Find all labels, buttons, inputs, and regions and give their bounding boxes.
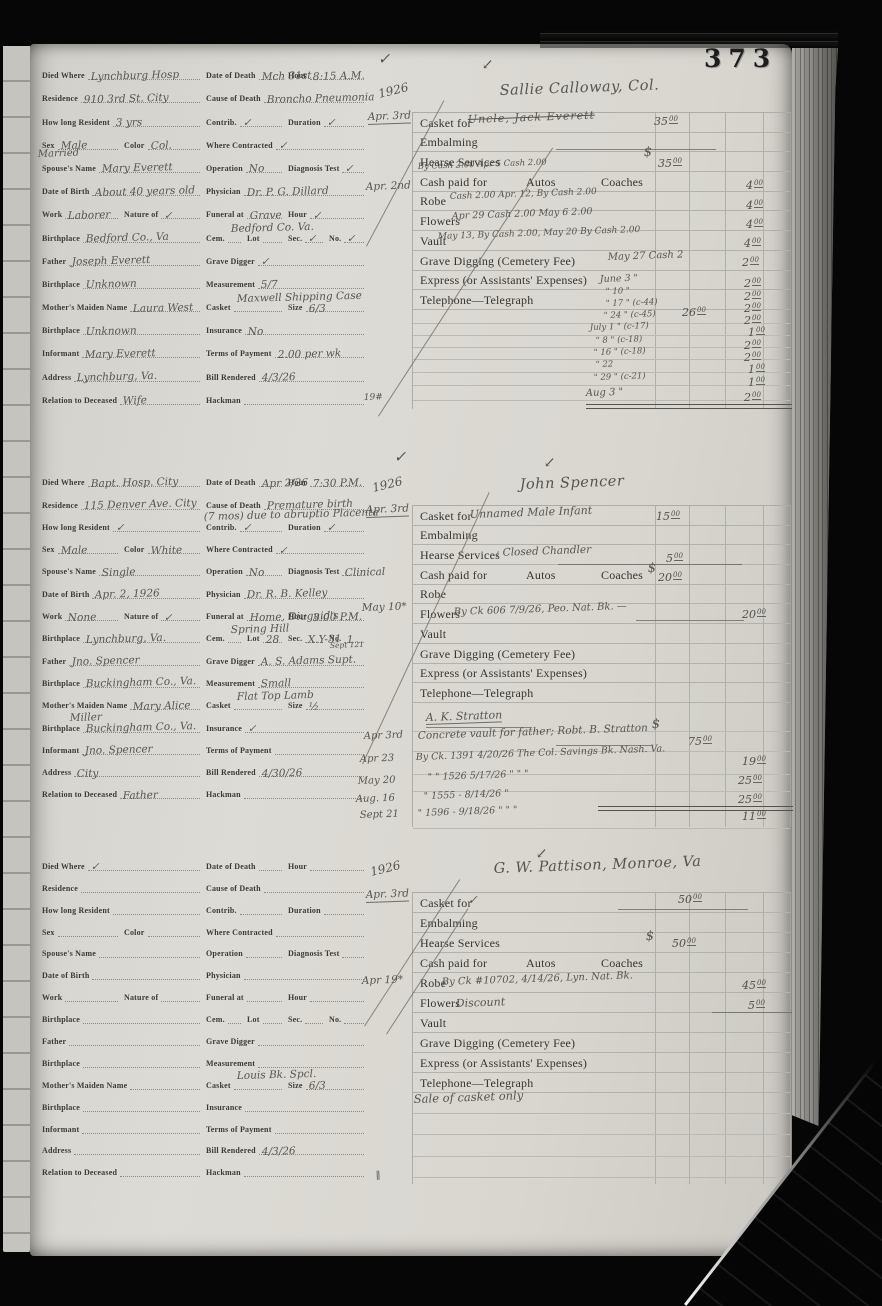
dotted-rule: Lynchburg, Va. [74,370,200,382]
pen-line [426,727,532,728]
form-field: PhysicianDr. R. B. Kelley [206,587,364,599]
billing-row: Vault [413,231,790,251]
form-field-label: Relation to Deceased [42,397,120,405]
form-row: Date of DeathMch 31stHour8:15 A.M. [206,62,364,85]
form-field-label: Sex [42,929,58,937]
amount-dollars: 5 [666,552,673,565]
handwritten-value: Flat Top Lamb [236,690,313,703]
billing-row: Cash paid forAutosCoaches [413,953,790,973]
form-field: Grave Digger✓ [206,254,364,266]
handwritten-value: Dr. P. G. Dillard [246,185,328,198]
dotted-rule: No [245,323,364,335]
form-row: BirthplaceBedford Co., Va [42,224,200,247]
record-year: 1926 [371,475,404,494]
dotted-rule: Spring Hill [228,631,241,643]
form-row: Bill Rendered4/3/26 [206,1139,364,1161]
dotted-rule [69,1034,200,1046]
dotted-rule: White [148,542,200,554]
billing-line-label: Flowers [420,215,460,227]
form-field-label: Hackman [206,791,244,799]
form-field: Date of BirthAbout 40 years old [42,184,200,196]
amount-value: 200 [744,311,761,327]
dotted-rule [99,946,200,958]
billing-line-label: Autos [526,176,556,188]
amount-value: 4500 [742,976,766,992]
form-row: Residence115 Denver Ave. City [42,492,200,514]
form-row: Cause of DeathBroncho Pneumonia [206,85,364,108]
form-row: Relation to DeceasedFather [42,782,200,804]
ruled-line [413,791,790,792]
form-field-label: Size [288,1082,306,1090]
amount-value: 2500 [738,771,762,787]
amount-dollars: 25 [738,793,752,806]
billing-line-label: Autos [526,569,556,581]
dotted-rule: Bedford Co. Va. [228,231,241,243]
form-field: WorkLaborer [42,207,118,219]
amount-dollars: 20 [658,571,672,584]
book-cradle [672,1006,882,1306]
form-field: Cause of DeathBroncho Pneumonia [206,91,364,103]
dotted-rule: 6/3 [306,300,364,312]
billing-line-label: Cash paid for [420,957,487,969]
form-field: Duration [288,903,364,915]
dotted-rule [305,1012,323,1024]
amount-value: 200 [744,336,761,352]
pen-stroke [364,879,460,1026]
form-field-label: Casket [206,304,234,312]
handwritten-value: Lynchburg, Va. [77,371,157,384]
form-column-middle: Date of DeathApr 2/26Hour7:30 P.M.Cause … [206,470,364,804]
dotted-rule: Maxwell Shipping Case [234,300,282,312]
form-row: Birthplace [42,1051,200,1073]
billing-row: Casket for [413,506,790,526]
dotted-rule [259,859,282,871]
amount-dollars: 2 [744,391,751,404]
handwritten-value: ✓ [242,118,251,129]
billing-line-label: Express (or Assistants' Expenses) [420,1057,587,1069]
form-row: Residence [42,876,200,898]
form-row: Physician [206,963,364,985]
form-row: Address [42,1139,200,1161]
form-row: Mother's Maiden NameMary AliceMiller [42,693,200,715]
form-row: WorkLaborerNature of✓ [42,201,200,224]
ruled-line [413,347,790,348]
handwritten-value: ✓ [326,118,335,129]
dotted-rule: Home, Diuguid's [247,609,282,621]
form-field-label: Diagnosis Test [288,165,342,173]
form-field: CasketMaxwell Shipping Case [206,300,282,312]
form-field: Died Where✓ [42,859,200,871]
dotted-rule: Jno. Spencer [69,654,200,666]
handwritten-note: May 27 Cash 2 [608,250,684,263]
amount-dollars: 19 [742,755,756,768]
dotted-rule [263,1012,282,1024]
form-field-label: Bill Rendered [206,1147,259,1155]
handwritten-value: ✓ [164,612,173,623]
form-field: Mother's Maiden NameMary AliceMiller [42,698,200,710]
form-row: Measurement [206,1051,364,1073]
form-field: Nature of [124,990,200,1002]
form-field-label: Duration [288,119,324,127]
form-field-label: Date of Death [206,479,259,487]
amount-value: 5000 [672,934,696,950]
form-field-label: How long Resident [42,524,113,532]
handwritten-value: ½ [308,702,318,713]
handwritten-value: Lynchburg, Va. [86,633,166,646]
form-field-label: Measurement [206,680,258,688]
ledger-photo: 373 Died WhereLynchburg HospResidence910… [0,0,882,1306]
form-field: Residence115 Denver Ave. City [42,498,200,510]
handwritten-note: " 29 " (c-21) [594,372,646,382]
amount-dollars: 4 [744,237,751,250]
form-row: InformantJno. Spencer [42,738,200,760]
form-field-label: Funeral at [206,613,247,621]
dotted-rule [310,990,364,1002]
dotted-rule: 8:15 A.M. [310,68,364,80]
form-field: Hackman [206,1165,364,1177]
form-field-label: Spouse's Name [42,165,99,173]
dotted-rule [83,1100,200,1112]
form-field-label: Birthplace [42,1060,83,1068]
form-field: Date of BirthApr. 2, 1926 [42,587,200,599]
dotted-rule: Col. [148,138,200,150]
form-row: CasketFlat Top LambSize½ [206,693,364,715]
dotted-rule: Unknown [83,277,200,289]
billing-row: Express (or Assistants' Expenses) [413,664,790,684]
amount-value: 500 [666,549,683,565]
handwritten-value: White [150,545,182,556]
dotted-rule: 1 [344,631,364,643]
handwritten-note: ↙ [536,847,548,861]
form-row: Terms of Payment [206,738,364,760]
pen-stroke [366,100,444,246]
dotted-rule: Bapt. Hosp. City [88,475,200,487]
form-field-label: Lot [247,1016,263,1024]
form-field: OperationNo [206,564,282,576]
dotted-rule: Mary Everett [82,346,200,358]
handwritten-note: " 22 [596,360,614,369]
handwritten-value: Jno. Spencer [72,655,140,667]
handwritten-value: Mary Everett [102,163,173,175]
form-field-label: Hour [288,72,310,80]
form-row: SexColor [42,920,200,942]
billing-row: Robe [413,973,790,993]
amount-value: 200 [742,253,759,269]
record-name: G. W. Pattison, Monroe, Va [493,855,701,877]
handwritten-value: 4/30/26 [262,768,303,780]
amount-dollars: 4 [746,218,753,231]
handwritten-value: 5/7 [261,280,278,291]
form-row: Died WhereBapt. Hosp. City [42,470,200,492]
form-field-label: Birthplace [42,635,83,643]
form-field: Terms of Payment2.00 per wk [206,346,364,358]
ruled-line [413,385,790,386]
amount-value: 1900 [742,752,766,768]
form-field-label: Mother's Maiden Name [42,702,130,710]
form-field-label: Cem. [206,235,228,243]
amount-value: 2000 [742,605,766,621]
form-field: How long Resident [42,903,200,915]
dotted-rule: 115 Denver Ave. City [81,498,200,510]
form-field: Mother's Maiden Name [42,1078,200,1090]
billing-row: Cash paid forAutosCoaches [413,565,790,585]
handwritten-note: Unnamed Male Infant [470,505,593,520]
form-row: Father [42,1029,200,1051]
dotted-rule: ✓ [240,520,282,532]
handwritten-value: Bapt. Hosp. City [91,477,179,490]
form-field: Cause of Death [206,881,364,893]
pen-double-rule [598,806,793,811]
billing-row: Grave Digging (Cemetery Fee) [413,644,790,664]
form-row: Residence910 3rd St. City [42,85,200,108]
form-field-label: Measurement [206,1060,258,1068]
form-row: CasketLouis Bk. Spcl.Size6/3 [206,1073,364,1095]
handwritten-note: Discount [456,996,506,1009]
amount-value: 200 [744,299,761,315]
ruled-line [413,335,790,336]
dotted-rule [258,1056,364,1068]
amount-cents: 00 [754,199,763,208]
form-field-label: Relation to Deceased [42,1169,120,1177]
dotted-rule: ✓ [305,231,323,243]
form-field-label: Work [42,613,65,621]
form-field: Diagnosis Test✓ [288,161,364,173]
form-field-label: Contrib. [206,907,240,915]
form-field: Nature of✓ [124,609,200,621]
handwritten-note: ; Closed Chandler [496,545,592,559]
billing-row: Casket for [413,113,790,133]
dotted-rule [82,1122,200,1134]
margin-date: Apr 19* [362,975,404,987]
dotted-rule [310,859,364,871]
table-rule [763,506,764,827]
form-row: InsuranceNo [206,317,364,340]
handwritten-note: ✓ [468,894,478,906]
amount-cents: 00 [752,302,761,311]
dotted-rule [263,231,282,243]
form-field-label: Grave Digger [206,1038,258,1046]
dotted-rule: ✓ [88,859,200,871]
dotted-rule [74,1143,200,1155]
handwritten-value: Col. [150,141,171,152]
form-row: Bill Rendered4/30/26 [206,760,364,782]
form-row: Cem.LotSec.No. [206,1007,364,1029]
form-row: Terms of Payment2.00 per wk [206,340,364,363]
form-row: Hackman [206,782,364,804]
amount-value: 2000 [658,568,682,584]
form-field: Hackman [206,393,364,405]
record-year: 1926 [369,859,402,878]
form-field-label: Funeral at [206,211,247,219]
form-row: Where Contracted [206,920,364,942]
form-row: PhysicianDr. R. B. Kelley [206,581,364,603]
form-field-label: Birthplace [42,1104,83,1112]
dotted-rule [258,1034,364,1046]
amount-dollars: 35 [654,115,668,128]
dotted-rule [275,743,364,755]
form-field: Insurance✓ [206,721,364,733]
handwritten-value: Mary Everett [85,348,156,360]
handwritten-value: No [248,326,264,337]
handwritten-value: Unknown [86,325,137,337]
billing-line-label: Cash paid for [420,176,487,188]
form-column-left: Died WhereBapt. Hosp. CityResidence115 D… [42,470,200,804]
form-field: PhysicianDr. P. G. Dillard [206,184,364,196]
amount-cents: 00 [752,237,761,246]
billing-line-label: Robe [420,195,446,207]
billing-line-label: Vault [420,1017,446,1029]
billing-line-label: Grave Digging (Cemetery Fee) [420,255,575,267]
form-field: Hour [288,859,364,871]
handwritten-value: ✓ [261,257,270,268]
billing-line-label: Grave Digging (Cemetery Fee) [420,648,575,660]
dotted-rule [161,990,200,1002]
ruled-line [413,774,790,775]
dotted-rule: 3:00 P.M. [310,609,364,621]
form-row: Spouse's NameMary Everett [42,155,200,178]
form-field-label: Where Contracted [206,142,276,150]
amount-dollars: 45 [742,979,756,992]
amount-dollars: 2 [744,302,751,315]
handwritten-value: Single [102,567,136,578]
form-field: Sec. [288,1012,323,1024]
form-field-label: Sec. [288,635,305,643]
margin-date: Married [38,149,80,160]
dotted-rule: ✓ [310,207,364,219]
pen-line [556,149,716,150]
ruled-line [413,731,790,732]
ruled-line [413,372,790,373]
form-field: AddressLynchburg, Va. [42,370,200,382]
handwritten-value: Dr. R. B. Kelley [246,588,327,601]
billing-row: Vault [413,624,790,644]
amount-cents: 00 [754,179,763,188]
dotted-rule [130,1078,200,1090]
billing-line-label: Embalming [420,136,478,148]
form-field: Hour8:15 A.M. [288,68,364,80]
amount-value: 200 [744,348,761,364]
handwritten-value: 6/3 [308,303,325,314]
amount-value: 400 [744,234,761,250]
form-field: Insurance [206,1100,364,1112]
form-field: Grave Digger [206,1034,364,1046]
form-field: CasketFlat Top Lamb [206,698,282,710]
form-field: Birthplace [42,1056,200,1068]
form-field-label: Diagnosis Test [288,950,342,958]
billing-line-label: Express (or Assistants' Expenses) [420,667,587,679]
form-field: BirthplaceBuckingham Co., Va. [42,676,200,688]
form-row: Date of BirthApr. 2, 1926 [42,581,200,603]
billing-line-label: Casket for [420,897,472,909]
handwritten-value: ✓ [308,234,317,245]
billing-line-label: Coaches [601,569,643,581]
form-row: Bill Rendered4/3/26 [206,363,364,386]
dotted-rule: Laura West [130,300,200,312]
form-field: InformantMary Everett [42,346,200,358]
dotted-rule: X.Y-31 [305,631,323,643]
form-field: Sec.X.Y-31 [288,631,323,643]
handwritten-value: 115 Denver Ave. City [84,498,197,511]
form-row: AddressLynchburg, Va. [42,363,200,386]
margin-date: Apr. 3rd [366,503,410,517]
table-rule [725,113,726,409]
amount-cents: 00 [757,810,766,819]
margin-date: ✓ [377,52,390,67]
form-field-label: Insurance [206,327,245,335]
dotted-rule: Louis Bk. Spcl. [234,1078,282,1090]
form-field: Operation [206,946,282,958]
form-row: Relation to DeceasedWife [42,387,200,410]
form-field: No. [329,1012,364,1024]
form-field-label: Father [42,1038,69,1046]
amount-dollars: 4 [746,199,753,212]
form-row: Cause of DeathPremature birth(7 mos) due… [206,492,364,514]
form-field: Funeral at [206,990,282,1002]
handwritten-value: No [249,164,265,175]
form-field: SexMale [42,138,118,150]
dotted-rule: Joseph Everett [69,254,200,266]
dotted-rule: 910 3rd St. City [81,91,200,103]
amount-value: 2600 [682,303,706,319]
handwritten-value: Louis Bk. Spcl. [236,1069,316,1082]
dotted-rule: Bedford Co., Va [83,231,200,243]
handwritten-note: Uncle, Jack Everett [468,110,596,125]
amount-cents: 00 [752,277,761,286]
handwritten-value: Wife [123,396,147,407]
dotted-rule: None [65,609,118,621]
amount-cents: 00 [750,256,759,265]
amount-value: 1100 [742,807,766,823]
amount-value: 3500 [654,112,678,128]
form-field-label: Work [42,211,65,219]
ruled-line [413,828,790,829]
form-field-label: Cause of Death [206,885,264,893]
form-field: Terms of Payment [206,743,364,755]
billing-table: Casket forEmbalmingHearse ServicesCash p… [412,505,791,827]
dotted-rule [83,1056,200,1068]
dotted-rule: 4/3/26 [259,1143,364,1155]
dotted-rule: ✓ [342,161,364,173]
form-row: OperationNoDiagnosis Test✓ [206,155,364,178]
dotted-rule: ✓ [324,520,364,532]
handwritten-value: Mary Alice [133,700,191,712]
handwritten-value: ✓ [116,523,125,534]
form-row: Informant [42,1117,200,1139]
billing-row: Flowers [413,211,790,231]
amount-dollars: 20 [742,608,756,621]
form-row: InformantMary Everett [42,340,200,363]
amount-dollars: 2 [744,351,751,364]
handwritten-value: Jno. Spencer [85,745,153,757]
handwritten-note: " 1596 - 9/18/26 " " " [418,806,518,819]
margin-date: Apr. 2nd [366,180,411,192]
form-row: OperationNoDiagnosis TestClinical [206,559,364,581]
form-field: Lot [247,231,282,243]
form-field: Relation to DeceasedWife [42,393,200,405]
form-row: How long Resident [42,898,200,920]
form-row: Relation to Deceased [42,1160,200,1182]
dotted-rule: 4/30/26 [259,765,364,777]
form-row: Cem.Bedford Co. Va.LotSec.✓No.✓ [206,224,364,247]
handwritten-value: 8:15 A.M. [313,70,365,82]
margin-date: May 20 [358,776,396,787]
amount-cents: 00 [757,755,766,764]
dotted-rule: Male [58,542,118,554]
amount-value: 400 [746,176,763,192]
form-row: Grave Digger [206,1029,364,1051]
form-field: Size½ [288,698,364,710]
handwritten-note: $ [646,930,655,943]
